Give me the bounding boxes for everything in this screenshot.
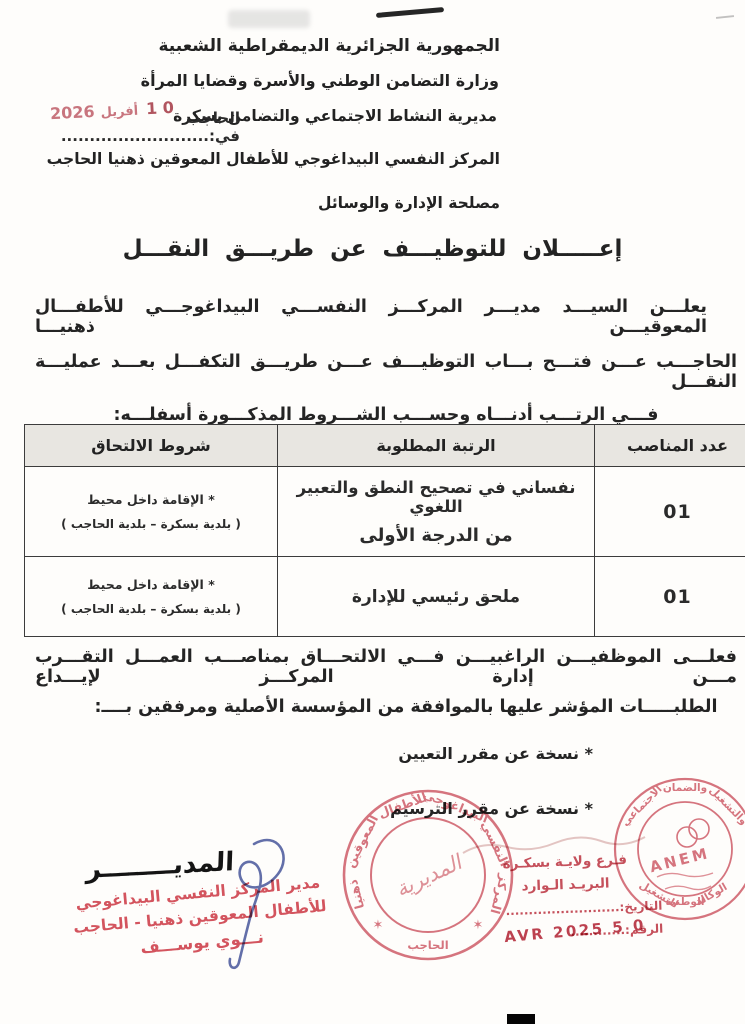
intro-line-3: فـــي الرتـــب أدنـــاه وحســـب الشـــرو… (35, 405, 737, 425)
condition-line-2: ( بلدية بسكرة – بلدية الحاجب ) (29, 517, 273, 531)
header-center-name: المركز النفسي البيداغوجي للأطفال المعوقي… (47, 150, 500, 168)
header-service: مصلحة الإدارة والوسائل (318, 194, 500, 212)
document-title: إعـــــلان للتوظيـــف عن طريـــق النقـــ… (0, 236, 745, 262)
table-row: 01 ملحق رئيسي للإدارة * الإقامة داخل محي… (25, 557, 745, 637)
cell-rank-2: ملحق رئيسي للإدارة (278, 557, 595, 637)
stamp-arc-word: ذهنيا (345, 878, 367, 911)
scan-black-rect-artifact (507, 1014, 535, 1024)
cell-rank-1: نفساني في تصحيح النطق والتعبير اللغوي من… (278, 467, 595, 557)
rank-line-1: ملحق رئيسي للإدارة (282, 587, 590, 607)
condition-line-1: * الإقامة داخل محيط (29, 577, 273, 592)
stamp-arc-word: البيداغوجي (421, 786, 490, 826)
positions-table: عدد المناصب الرتبة المطلوبة شروط الالتحا… (24, 424, 745, 637)
cell-count-2: 01 (595, 557, 745, 637)
scan-dash-artifact (376, 7, 444, 18)
header-republic: الجمهورية الجزائرية الديمقراطية الشعبية (159, 36, 501, 56)
intro-line-1: يعلـــن السيـــد مديـــر المركـــز النفس… (35, 297, 737, 337)
col-header-conditions: شروط الالتحاق (25, 425, 278, 467)
outro-line-1: فعلـــى الموظفيـــن الراغبيـــن فـــي ال… (35, 647, 737, 687)
stamp-bottom-word: الحاجب (407, 938, 448, 952)
outro-line-2: الطلبـــــات المؤشر عليها بالموافقة من ا… (35, 697, 737, 717)
intro-line-2: الحاجـــب عـــن فتـــح بـــاب التوظيـــف… (35, 352, 737, 392)
col-header-rank: الرتبة المطلوبة (278, 425, 595, 467)
attachment-item-appointment: * نسخة عن مقرر التعيين (398, 744, 593, 763)
header-ministry: وزارة التضامن الوطني والأسرة وقضايا المر… (141, 71, 499, 90)
stamp-star-icon: ✶ (373, 918, 384, 933)
signature-stroke (230, 840, 284, 968)
scan-small-dash-artifact (716, 15, 734, 19)
cell-conditions-1: * الإقامة داخل محيط ( بلدية بسكرة – بلدي… (25, 467, 278, 557)
table-header-row: عدد المناصب الرتبة المطلوبة شروط الالتحا… (25, 425, 745, 467)
cell-conditions-2: * الإقامة داخل محيط ( بلدية بسكرة – بلدي… (25, 557, 278, 637)
scan-blur-artifact (228, 10, 310, 28)
stamp-month: أفريل (100, 104, 138, 121)
scribble-stroke (463, 837, 645, 853)
stamp-day: 0 1 (146, 98, 175, 118)
rank-line-2: من الدرجة الأولى (282, 525, 590, 546)
stamp-year: 2026 (50, 102, 95, 123)
anem-small-script-line (665, 886, 711, 890)
condition-line-1: * الإقامة داخل محيط (29, 492, 273, 507)
scanned-document-page: الجمهورية الجزائرية الديمقراطية الشعبية … (0, 0, 745, 1024)
stamp-arc-word: الاجتماعي (619, 783, 664, 828)
table-row: 01 نفساني في تصحيح النطق والتعبير اللغوي… (25, 467, 745, 557)
condition-line-2: ( بلدية بسكرة – بلدية الحاجب ) (29, 602, 273, 616)
anem-small-script-line (657, 873, 713, 877)
mail-stamp-title: البريـد الـوارد (467, 874, 663, 897)
stamp-arc-word: والضمان (663, 782, 707, 794)
stamp-arc-word: المعوقين (342, 812, 381, 869)
col-header-count: عدد المناصب (595, 425, 745, 467)
rank-line-1: نفساني في تصحيح النطق والتعبير اللغوي (282, 478, 590, 516)
cell-count-1: 01 (595, 467, 745, 557)
signature-scribble (192, 828, 312, 978)
